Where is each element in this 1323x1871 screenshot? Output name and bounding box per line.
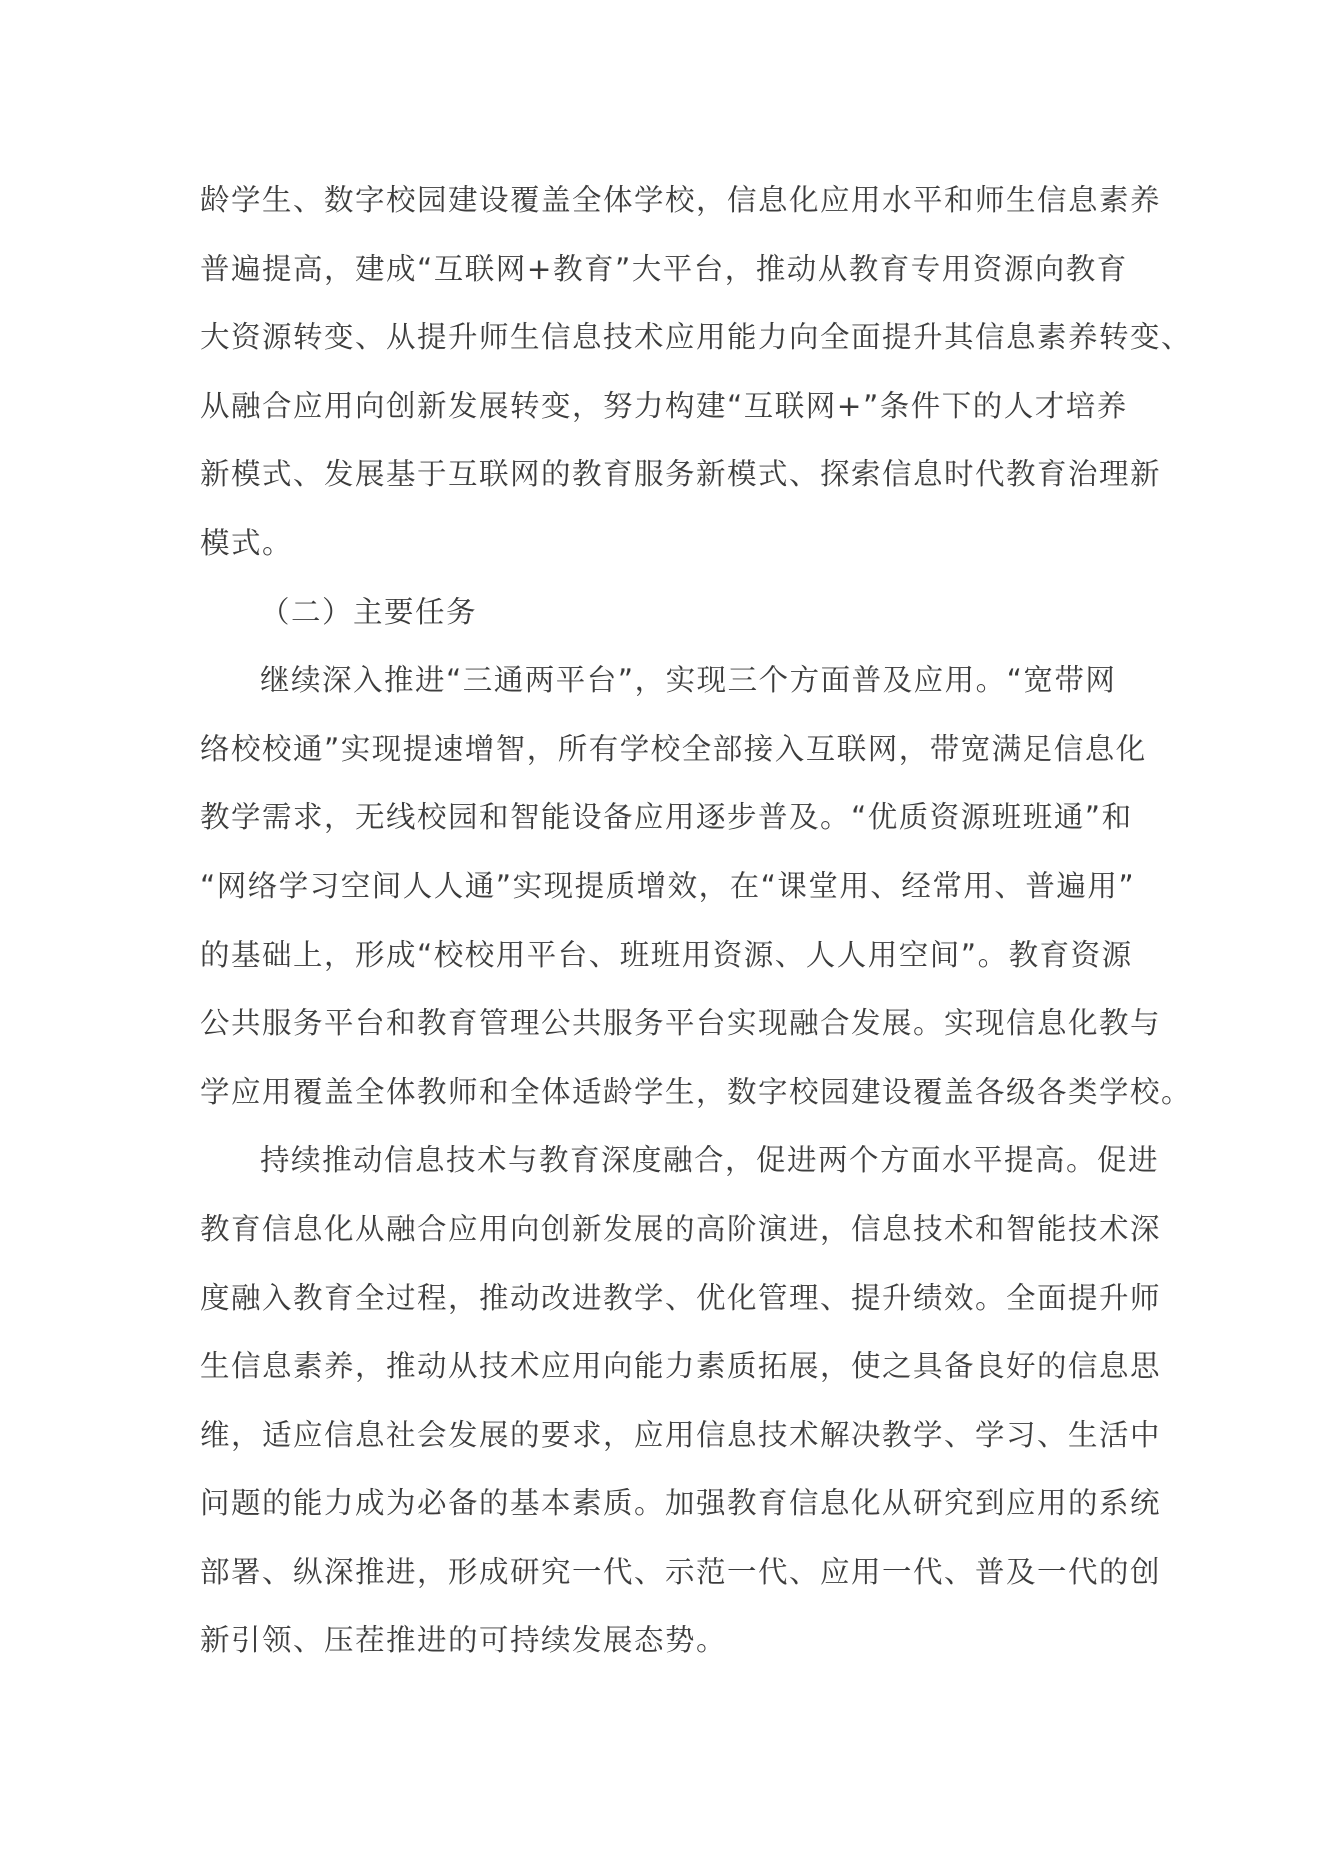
text-line: 模式。: [200, 519, 1160, 588]
text-line: 度融入教育全过程，推动改进教学、优化管理、提升绩效。全面提升师: [200, 1274, 1160, 1343]
text-line: 教育信息化从融合应用向创新发展的高阶演进，信息技术和智能技术深: [200, 1205, 1160, 1274]
text-line: 教学需求，无线校园和智能设备应用逐步普及。“优质资源班班通”和: [200, 793, 1160, 862]
section-heading: （二）主要任务: [200, 588, 1160, 657]
text-line: 大资源转变、从提升师生信息技术应用能力向全面提升其信息素养转变、: [200, 313, 1160, 382]
text-line: 部署、纵深推进，形成研究一代、示范一代、应用一代、普及一代的创: [200, 1548, 1160, 1617]
text-line: “网络学习空间人人通”实现提质增效，在“课堂用、经常用、普遍用”: [200, 862, 1160, 931]
text-line: 的基础上，形成“校校用平台、班班用资源、人人用空间”。教育资源: [200, 931, 1160, 1000]
text-line: 问题的能力成为必备的基本素质。加强教育信息化从研究到应用的系统: [200, 1479, 1160, 1548]
text-line: 龄学生、数字校园建设覆盖全体学校，信息化应用水平和师生信息素养: [200, 176, 1160, 245]
paragraph-task-1: 继续深入推进“三通两平台”，实现三个方面普及应用。“宽带网 络校校通”实现提速增…: [200, 656, 1160, 1136]
text-line: 生信息素养，推动从技术应用向能力素质拓展，使之具备良好的信息思: [200, 1342, 1160, 1411]
text-line: 继续深入推进“三通两平台”，实现三个方面普及应用。“宽带网: [200, 656, 1160, 725]
text-line: 络校校通”实现提速增智，所有学校全部接入互联网，带宽满足信息化: [200, 725, 1160, 794]
section-heading-main-tasks: （二）主要任务: [200, 588, 1160, 657]
text-line: 新模式、发展基于互联网的教育服务新模式、探索信息时代教育治理新: [200, 450, 1160, 519]
text-line: 从融合应用向创新发展转变，努力构建“互联网+”条件下的人才培养: [200, 382, 1160, 451]
paragraph-intro-continuation: 龄学生、数字校园建设覆盖全体学校，信息化应用水平和师生信息素养 普遍提高，建成“…: [200, 176, 1160, 588]
text-line: 维，适应信息社会发展的要求，应用信息技术解决教学、学习、生活中: [200, 1411, 1160, 1480]
text-line: 普遍提高，建成“互联网+教育”大平台，推动从教育专用资源向教育: [200, 245, 1160, 314]
text-line: 持续推动信息技术与教育深度融合，促进两个方面水平提高。促进: [200, 1136, 1160, 1205]
text-line: 公共服务平台和教育管理公共服务平台实现融合发展。实现信息化教与: [200, 999, 1160, 1068]
document-page: 龄学生、数字校园建设覆盖全体学校，信息化应用水平和师生信息素养 普遍提高，建成“…: [200, 176, 1160, 1685]
text-line: 学应用覆盖全体教师和全体适龄学生，数字校园建设覆盖各级各类学校。: [200, 1068, 1160, 1137]
paragraph-task-2: 持续推动信息技术与教育深度融合，促进两个方面水平提高。促进 教育信息化从融合应用…: [200, 1136, 1160, 1685]
text-line: 新引领、压茬推进的可持续发展态势。: [200, 1616, 1160, 1685]
